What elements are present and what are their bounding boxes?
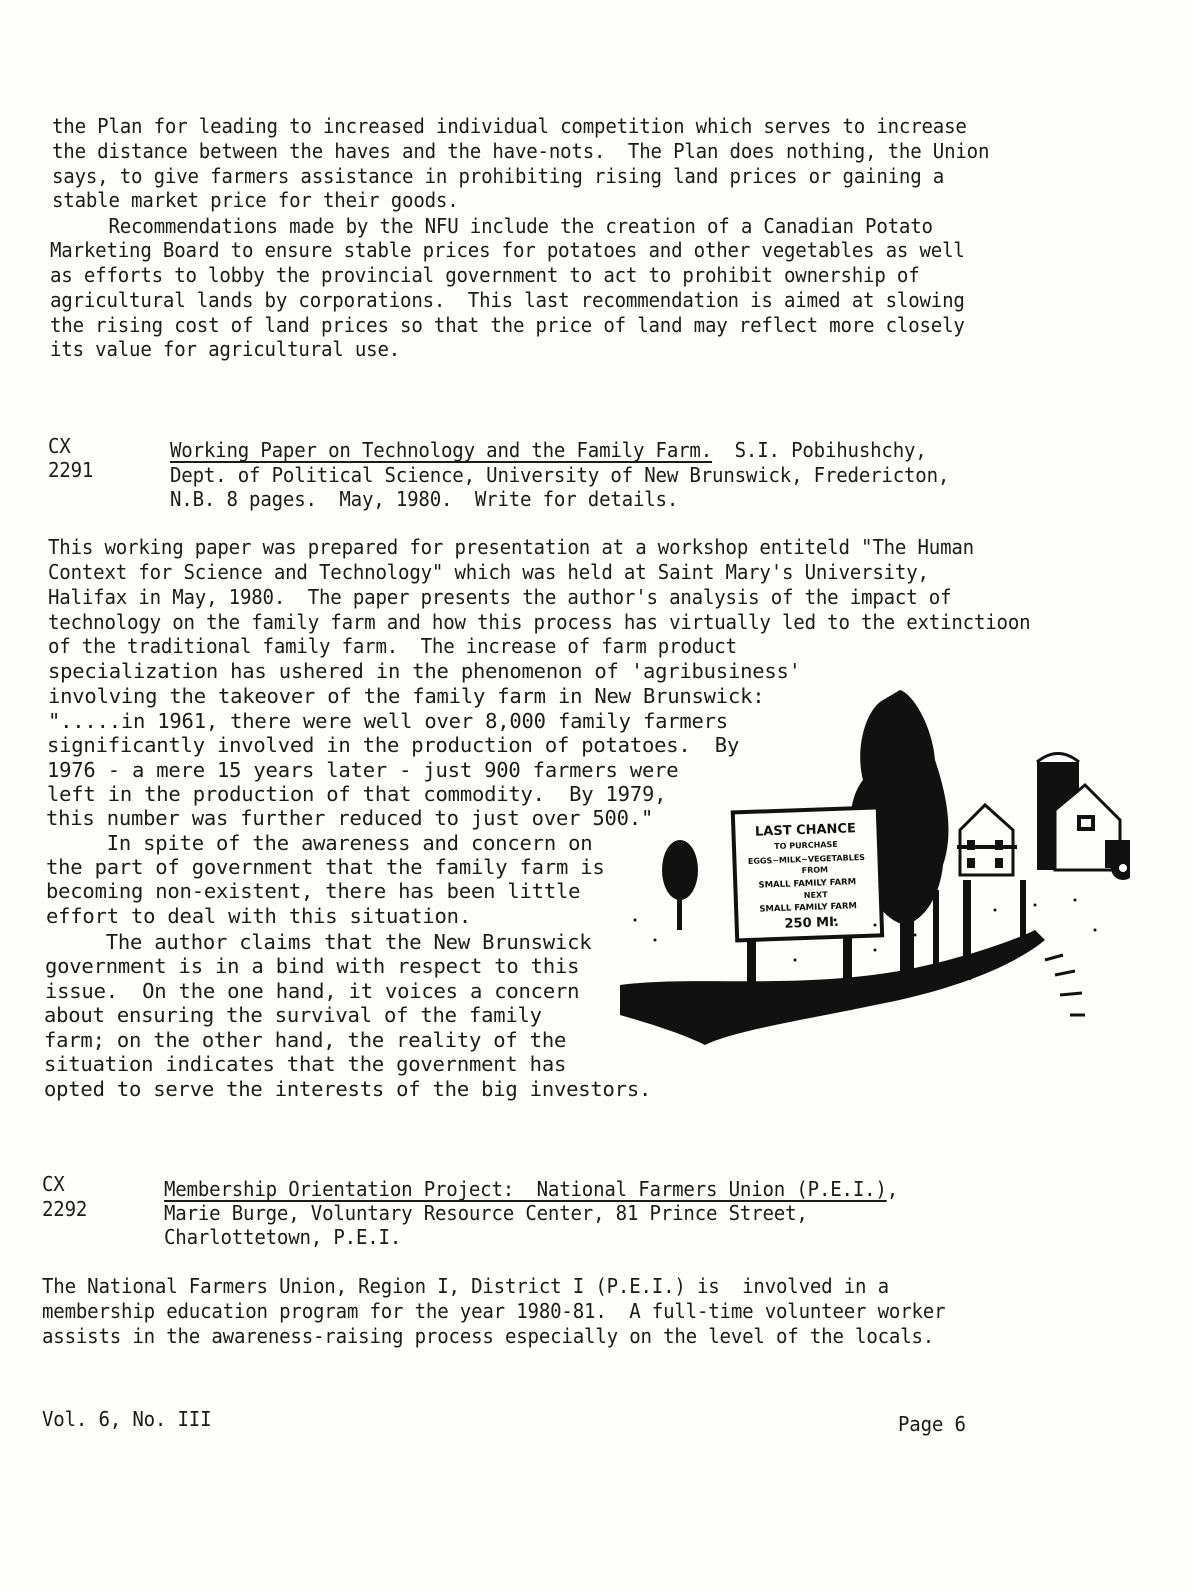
text-line: This working paper was prepared for pres… [48, 535, 974, 559]
text-line: assists in the awareness-raising process… [42, 1324, 934, 1348]
text-line: technology on the family farm and how th… [48, 610, 1030, 634]
entry-citation-line: Charlottetown, P.E.I. [164, 1225, 401, 1249]
text-line: this number was further reduced to just … [46, 806, 653, 830]
entry-number: 2291 [48, 458, 93, 482]
text-line: 1976 - a mere 15 years later - just 900 … [47, 758, 678, 782]
svg-text:NEXT: NEXT [804, 890, 829, 900]
entry-title-trail: , [887, 1177, 898, 1201]
text-line: effort to deal with this situation. [46, 904, 471, 928]
svg-text:FROM: FROM [801, 865, 828, 875]
entry-citation-line: Marie Burge, Voluntary Resource Center, … [164, 1201, 808, 1225]
entry-citation-first-line: Membership Orientation Project: National… [164, 1177, 898, 1201]
farm-scene-illustration: LAST CHANCE TO PURCHASE EGGS~MILK~VEGETA… [615, 640, 1130, 1060]
text-line: Halifax in May, 1980. The paper presents… [48, 585, 951, 609]
text-line: as efforts to lobby the provincial gover… [50, 263, 919, 287]
text-line: The National Farmers Union, Region I, Di… [42, 1274, 889, 1298]
entry-citation-line: N.B. 8 pages. May, 1980. Write for detai… [170, 487, 678, 511]
volume-number: Vol. 6, No. III [42, 1407, 211, 1431]
text-line: the rising cost of land prices so that t… [50, 313, 965, 337]
farm-illustration-graphic: LAST CHANCE TO PURCHASE EGGS~MILK~VEGETA… [615, 640, 1130, 1060]
text-line: about ensuring the survival of the famil… [44, 1003, 542, 1027]
entry-citation-first-line: Working Paper on Technology and the Fami… [170, 438, 927, 462]
svg-text:250 MI.: 250 MI. [784, 915, 839, 932]
text-line: farm; on the other hand, the reality of … [44, 1028, 566, 1052]
text-line: the Plan for leading to increased indivi… [52, 114, 967, 138]
text-line: stable market price for their goods. [52, 188, 459, 212]
entry-citation-line: Dept. of Political Science, University o… [170, 463, 949, 487]
text-line: the distance between the haves and the h… [52, 139, 989, 163]
entry-title: Working Paper on Technology and the Fami… [170, 438, 712, 462]
entry-number: 2292 [42, 1197, 87, 1221]
text-line: the part of government that the family f… [46, 855, 605, 879]
text-line: Recommendations made by the NFU include … [52, 214, 933, 238]
text-line: Context for Science and Technology" whic… [48, 560, 929, 584]
entry-title: Membership Orientation Project: National… [164, 1177, 887, 1201]
text-line: its value for agricultural use. [50, 337, 400, 361]
text-line: says, to give farmers assistance in proh… [52, 164, 944, 188]
entry-code: CX [42, 1172, 65, 1196]
entry-author: S.I. Pobihushchy, [712, 438, 927, 462]
text-line: In spite of the awareness and concern on [46, 831, 592, 855]
text-line: issue. On the one hand, it voices a conc… [45, 979, 579, 1003]
text-line: The author claims that the New Brunswick [45, 930, 591, 954]
text-line: membership education program for the yea… [42, 1299, 945, 1323]
text-line: agricultural lands by corporations. This… [50, 288, 965, 312]
text-line: Marketing Board to ensure stable prices … [50, 238, 965, 262]
text-line: becoming non-existent, there has been li… [46, 879, 580, 903]
text-line: left in the production of that commodity… [47, 782, 666, 806]
text-line: situation indicates that the government … [44, 1052, 566, 1076]
text-line: opted to serve the interests of the big … [44, 1077, 651, 1101]
entry-code: CX [48, 434, 71, 458]
page-number: Page 6 [898, 1412, 966, 1436]
text-line: government is in a bind with respect to … [45, 954, 579, 978]
